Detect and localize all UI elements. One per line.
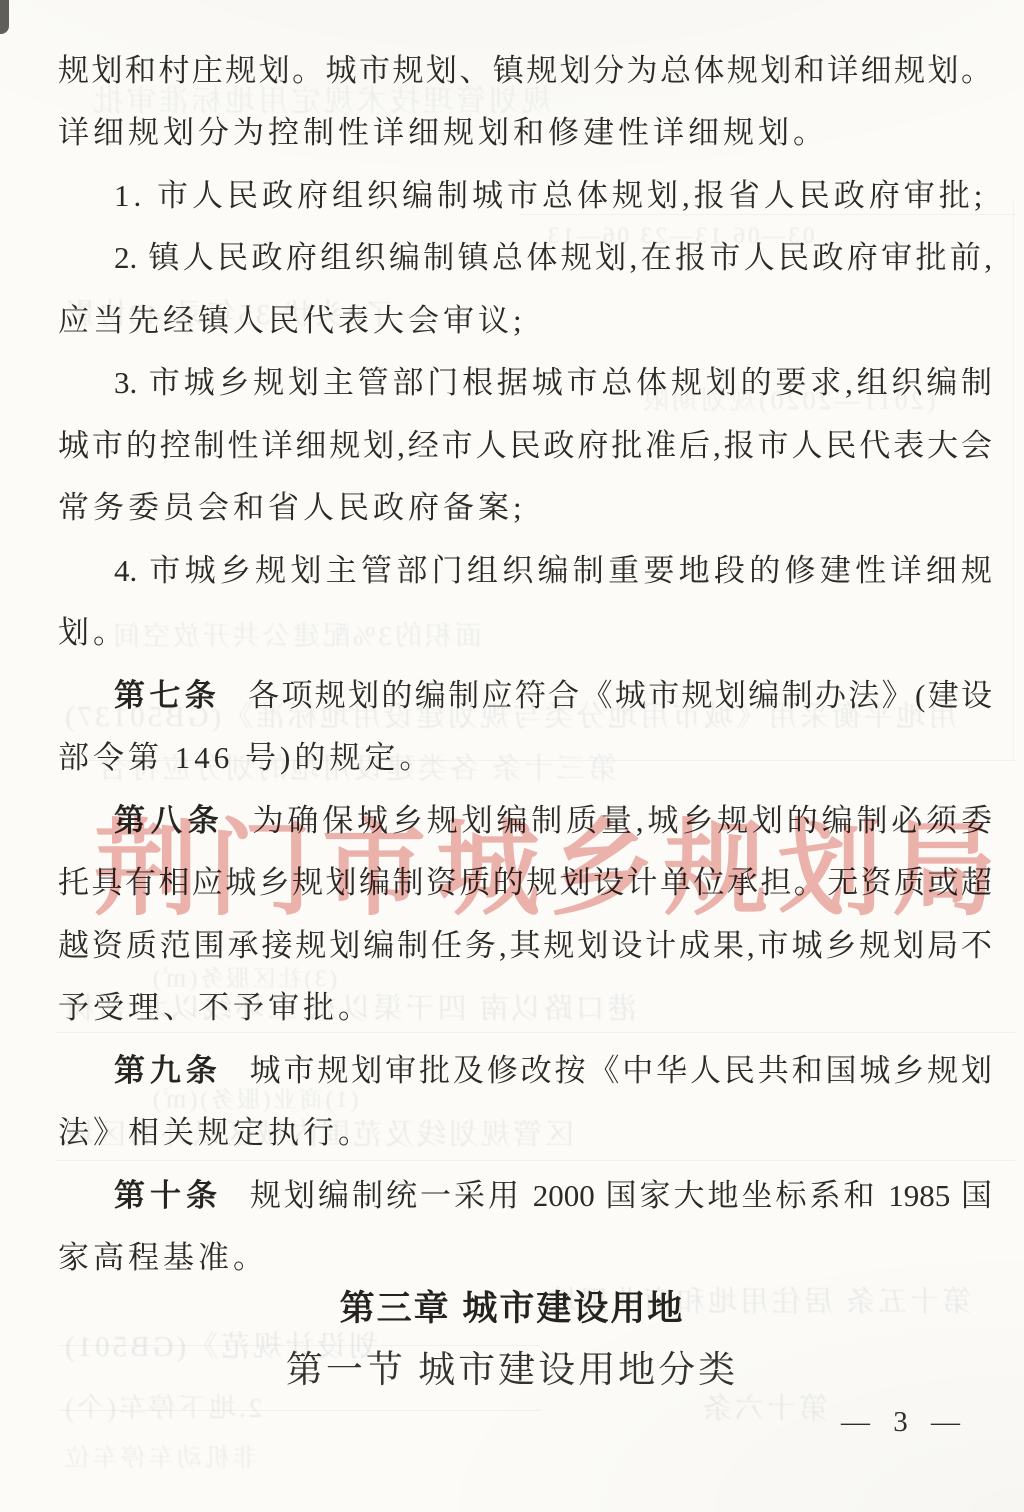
body-line: 托具有相应城乡规划编制资质的规划设计单位承担。无资质或超 xyxy=(58,852,992,914)
body-line-text: 各项规划的编制应符合《城市规划编制办法》(建设 xyxy=(248,678,992,713)
scanned-document-page: 规划管理技术规定用地标准审批 03—06 13—23 06—13 了8头状 35… xyxy=(0,0,1024,1512)
body-line-text: 规划编制统一采用 2000 国家大地坐标系和 1985 国 xyxy=(250,1178,992,1213)
body-line article-10: 第十条规划编制统一采用 2000 国家大地坐标系和 1985 国 xyxy=(58,1165,992,1227)
page-number: — 3 — xyxy=(841,1406,968,1439)
body-line-text: 城市规划审批及修改按《中华人民共和国城乡规划 xyxy=(250,1053,992,1088)
body-line: 详细规划分为控制性详细规划和修建性详细规划。 xyxy=(58,102,992,164)
bleedthrough-rule xyxy=(60,1410,540,1411)
body-line: 规划和村庄规划。城市规划、镇规划分为总体规划和详细规划。 xyxy=(58,40,992,102)
body-line: 予受理、不予审批。 xyxy=(58,977,992,1039)
body-line numbered-item: 1. 市人民政府组织编制城市总体规划,报省人民政府审批; xyxy=(58,165,992,227)
chapter-heading: 第三章 城市建设用地 xyxy=(0,1283,1024,1335)
bleedthrough-text: 第十六条 xyxy=(700,1392,828,1427)
body-line: 法》相关规定执行。 xyxy=(58,1102,992,1164)
body-line: 应当先经镇人民代表大会审议; xyxy=(58,290,992,352)
body-line: 部令第 146 号)的规定。 xyxy=(58,727,992,789)
body-line article-8: 第八条为确保城乡规划编制质量,城乡规划的编制必须委 xyxy=(58,790,992,852)
bleedthrough-rule xyxy=(1013,200,1014,760)
body-line numbered-item: 4. 市城乡规划主管部门组织编制重要地段的修建性详细规 xyxy=(58,540,992,602)
body-line: 划。 xyxy=(58,602,992,664)
article-number: 第十条 xyxy=(114,1178,222,1213)
article-number: 第七条 xyxy=(114,678,220,713)
body-line-text: 为确保城乡规划编制质量,城乡规划的编制必须委 xyxy=(253,803,992,838)
body-line article-7: 第七条各项规划的编制应符合《城市规划编制办法》(建设 xyxy=(58,665,992,727)
bleedthrough-text: 非机动车停车位 xyxy=(62,1444,258,1474)
body-line: 常务委员会和省人民政府备案; xyxy=(58,477,992,539)
body-line: 越资质范围承接规划编制任务,其规划设计成果,市城乡规划局不 xyxy=(58,915,992,977)
section-heading: 第一节 城市建设用地分类 xyxy=(0,1345,1024,1397)
body-line numbered-item: 2. 镇人民政府组织编制镇总体规划,在报市人民政府审批前, xyxy=(58,227,992,289)
article-number: 第九条 xyxy=(114,1053,222,1088)
body-line: 城市的控制性详细规划,经市人民政府批准后,报市人民代表大会 xyxy=(58,415,992,477)
scan-artifact-corner xyxy=(0,0,9,34)
body-line numbered-item: 3. 市城乡规划主管部门根据城市总体规划的要求,组织编制 xyxy=(58,352,992,414)
body-line article-9: 第九条城市规划审批及修改按《中华人民共和国城乡规划 xyxy=(58,1040,992,1102)
body-line: 家高程基准。 xyxy=(58,1227,992,1289)
article-number: 第八条 xyxy=(114,803,225,838)
